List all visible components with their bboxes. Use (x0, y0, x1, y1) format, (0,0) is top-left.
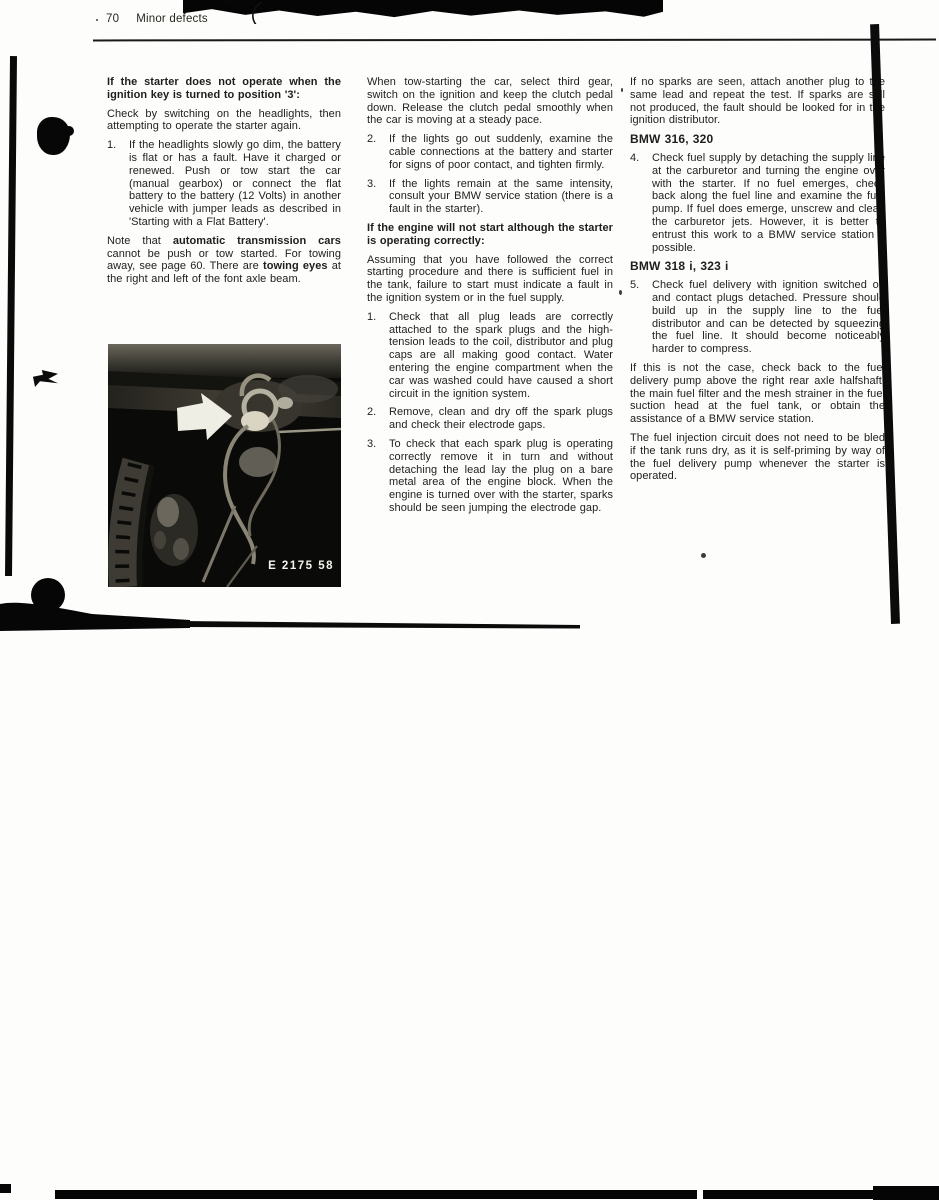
paragraph: When tow-starting the car, select third … (367, 76, 613, 127)
item-text: Check that all plug leads are correctly … (389, 311, 613, 400)
item-number: 5. (630, 279, 639, 292)
item-text: If the lights go out suddenly, examine t… (389, 133, 613, 171)
page-number: 70 (106, 13, 119, 25)
ink-blob (37, 117, 70, 155)
item-text: Remove, clean and dry off the spark plug… (389, 406, 613, 431)
paragraph: Check by switching on the headlights, th… (107, 108, 341, 134)
item-text: Check fuel supply by detaching the suppl… (652, 152, 885, 254)
note-paragraph: Note that automatic transmission cars ca… (107, 235, 341, 286)
list-item: 2. Remove, clean and dry off the spark p… (367, 406, 613, 432)
column-right: If no sparks are seen, attach another pl… (630, 76, 885, 489)
scan-bar-fragment (0, 1184, 11, 1193)
ink-blob-bottom-left (0, 570, 600, 635)
item-number: 2. (367, 133, 376, 146)
note-text: Note that (107, 235, 173, 247)
ink-speck (619, 290, 622, 295)
ink-speck (701, 553, 706, 558)
header-rule (93, 39, 936, 42)
paragraph: If no sparks are seen, attach another pl… (630, 76, 885, 127)
note-bold-automatic-transmission: automatic transmission cars (173, 235, 341, 247)
paragraph: The fuel injection circuit does not need… (630, 432, 885, 483)
column-middle: When tow-starting the car, select third … (367, 76, 613, 521)
page-header: 70Minor defects (106, 13, 208, 25)
item-number: 4. (630, 152, 639, 165)
ink-speck (96, 19, 98, 21)
list-item: 4. Check fuel supply by detaching the su… (630, 152, 885, 254)
scan-bar-bottom (703, 1190, 875, 1199)
towing-eye-photo: E 2175 58 (108, 344, 341, 587)
paragraph: Assuming that you have followed the corr… (367, 254, 613, 305)
item-text: Check fuel delivery with ignition switch… (652, 279, 885, 355)
scan-bar-bottom (55, 1190, 697, 1199)
paragraph: If this is not the case, check back to t… (630, 362, 885, 426)
item-text: If the lights remain at the same intensi… (389, 178, 613, 216)
item-number: 1. (367, 311, 376, 324)
column-left: If the starter does not operate when the… (107, 76, 341, 292)
list-item: 2. If the lights go out suddenly, examin… (367, 133, 613, 171)
scan-bar-bottom-right (873, 1186, 939, 1200)
note-bold-towing-eyes: towing eyes (263, 260, 328, 272)
list-item: 1. If the headlights slowly go dim, the … (107, 139, 341, 229)
heading-engine-will-not-start: If the engine will not start although th… (367, 222, 613, 248)
heading-bmw-318i-323i: BMW 318 i, 323 i (630, 260, 885, 273)
item-number: 3. (367, 438, 376, 451)
item-number: 3. (367, 178, 376, 191)
heading-bmw-316-320: BMW 316, 320 (630, 133, 885, 146)
list-item: 1. Check that all plug leads are correct… (367, 311, 613, 401)
ink-smudge (33, 370, 58, 387)
heading-starter-not-operating: If the starter does not operate when the… (107, 76, 341, 102)
list-item: 3. If the lights remain at the same inte… (367, 178, 613, 216)
item-number: 1. (107, 139, 116, 152)
ink-squiggle (248, 2, 268, 24)
item-text: If the headlights slowly go dim, the bat… (129, 139, 341, 228)
towing-eye-photo-art (108, 344, 341, 587)
ink-speck (621, 88, 623, 92)
binding-bar-left (5, 56, 17, 576)
section-title: Minor defects (136, 13, 208, 25)
item-number: 2. (367, 406, 376, 419)
item-text: To check that each spark plug is operati… (389, 438, 613, 514)
list-item: 3. To check that each spark plug is oper… (367, 438, 613, 515)
list-item: 5. Check fuel delivery with ignition swi… (630, 279, 885, 356)
